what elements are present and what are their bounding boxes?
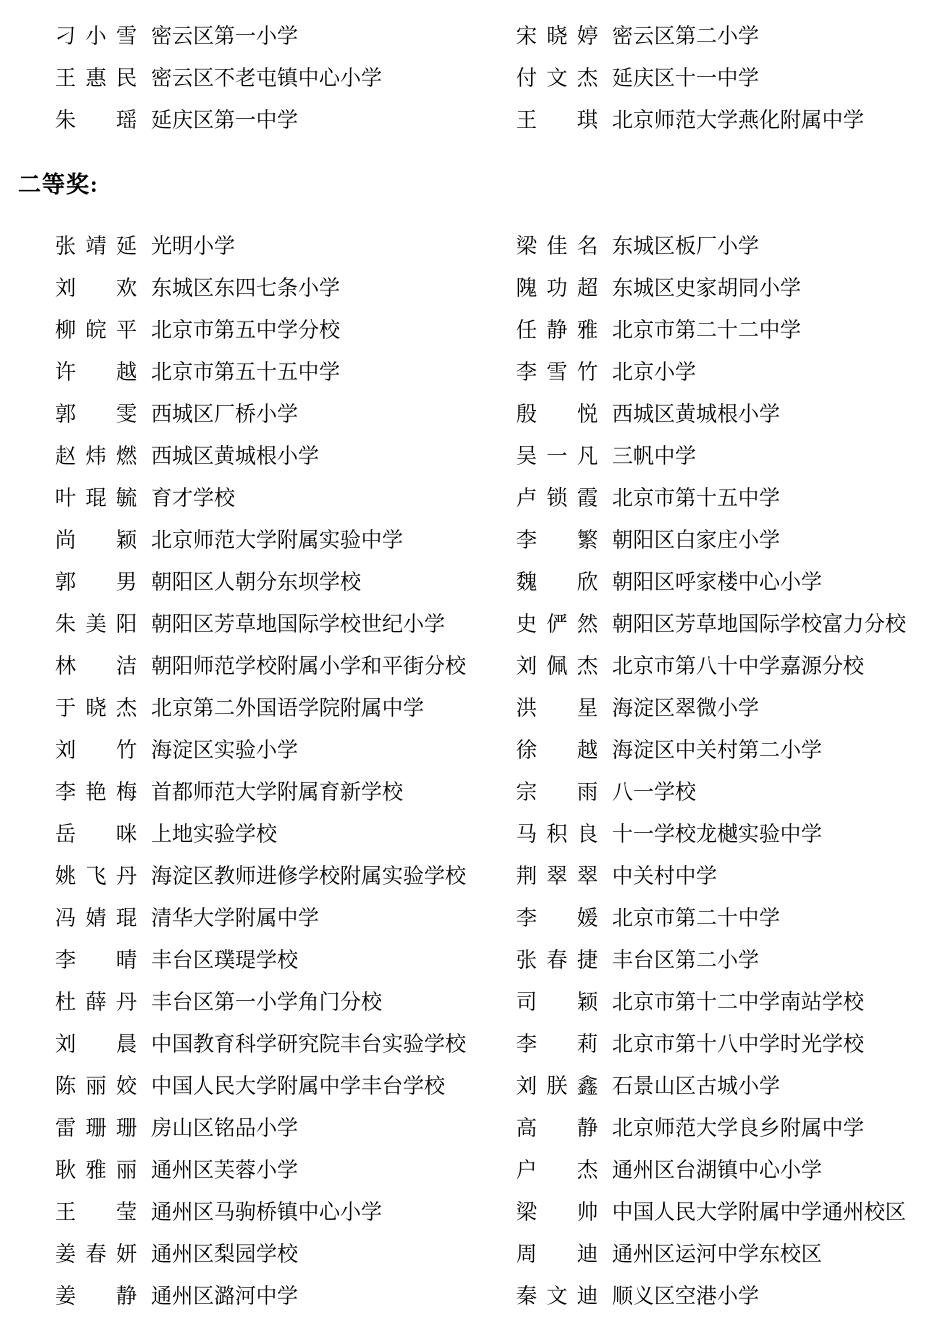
award-entry-right: 付文杰延庆区十一中学: [463, 62, 926, 92]
awardee-name: 梁帅: [516, 1196, 598, 1226]
school-name: 上地实验学校: [151, 818, 277, 848]
school-name: 通州区马驹桥镇中心小学: [151, 1196, 382, 1226]
school-name: 顺义区空港小学: [612, 1280, 759, 1310]
awardee-name: 朱瑶: [55, 104, 137, 134]
award-row: 刁小雪密云区第一小学宋晓婷密云区第二小学: [0, 14, 926, 56]
school-name: 北京市第二十中学: [612, 902, 780, 932]
awardee-name: 耿雅丽: [55, 1154, 137, 1184]
school-name: 东城区史家胡同小学: [612, 272, 801, 302]
award-entry-left: 李晴丰台区璞瑅学校: [0, 944, 463, 974]
awardee-name: 卢锁霞: [516, 482, 598, 512]
school-name: 密云区不老屯镇中心小学: [151, 62, 382, 92]
school-name: 中国人民大学附属中学丰台学校: [151, 1070, 445, 1100]
award-row: 赵炜燃西城区黄城根小学吴一凡三帆中学: [0, 434, 926, 476]
award-row: 叶琨毓育才学校卢锁霞北京市第十五中学: [0, 476, 926, 518]
award-row: 林洁朝阳师范学校附属小学和平街分校刘佩杰北京市第八十中学嘉源分校: [0, 644, 926, 686]
awardee-name: 李繁: [516, 524, 598, 554]
award-entry-right: 刘佩杰北京市第八十中学嘉源分校: [463, 650, 926, 680]
award-entry-left: 姜静通州区潞河中学: [0, 1280, 463, 1310]
award-row: 王惠民密云区不老屯镇中心小学付文杰延庆区十一中学: [0, 56, 926, 98]
award-entry-left: 杜薛丹丰台区第一小学角门分校: [0, 986, 463, 1016]
school-name: 北京市第十二中学南站学校: [612, 986, 864, 1016]
school-name: 东城区板厂小学: [612, 230, 759, 260]
school-name: 北京市第二十二中学: [612, 314, 801, 344]
award-row: 郭雯西城区厂桥小学殷悦西城区黄城根小学: [0, 392, 926, 434]
awardee-name: 宋晓婷: [516, 20, 598, 50]
school-name: 北京市第十八中学时光学校: [612, 1028, 864, 1058]
second-prize-heading: 二等奖:: [18, 164, 926, 206]
awardee-name: 姚飞丹: [55, 860, 137, 890]
awardee-name: 姜静: [55, 1280, 137, 1310]
award-entry-right: 李媛北京市第二十中学: [463, 902, 926, 932]
school-name: 通州区运河中学东校区: [612, 1238, 822, 1268]
school-name: 十一学校龙樾实验中学: [612, 818, 822, 848]
awardee-name: 李雪竹: [516, 356, 598, 386]
awardee-name: 李莉: [516, 1028, 598, 1058]
award-row: 姜静通州区潞河中学秦文迪顺义区空港小学: [0, 1274, 926, 1316]
awardee-name: 郭雯: [55, 398, 137, 428]
awardee-name: 赵炜燃: [55, 440, 137, 470]
school-name: 育才学校: [151, 482, 235, 512]
award-entry-left: 刘晨中国教育科学研究院丰台实验学校: [0, 1028, 463, 1058]
awardee-name: 林洁: [55, 650, 137, 680]
school-name: 东城区东四七条小学: [151, 272, 340, 302]
awardee-name: 魏欣: [516, 566, 598, 596]
award-entry-right: 魏欣朝阳区呼家楼中心小学: [463, 566, 926, 596]
award-entry-left: 王莹通州区马驹桥镇中心小学: [0, 1196, 463, 1226]
awardee-name: 周迪: [516, 1238, 598, 1268]
award-row: 张靖延光明小学梁佳名东城区板厂小学: [0, 224, 926, 266]
award-row: 雷珊珊房山区铭品小学高静北京师范大学良乡附属中学: [0, 1106, 926, 1148]
award-row: 姜春妍通州区梨园学校周迪通州区运河中学东校区: [0, 1232, 926, 1274]
awardee-name: 马积良: [516, 818, 598, 848]
awardee-name: 王莹: [55, 1196, 137, 1226]
award-entry-left: 许越北京市第五十五中学: [0, 356, 463, 386]
awardee-name: 付文杰: [516, 62, 598, 92]
awardee-name: 户杰: [516, 1154, 598, 1184]
school-name: 西城区厂桥小学: [151, 398, 298, 428]
awardee-name: 叶琨毓: [55, 482, 137, 512]
school-name: 通州区潞河中学: [151, 1280, 298, 1310]
awardee-name: 李媛: [516, 902, 598, 932]
school-name: 首都师范大学附属育新学校: [151, 776, 403, 806]
award-entry-left: 陈丽姣中国人民大学附属中学丰台学校: [0, 1070, 463, 1100]
award-entry-left: 张靖延光明小学: [0, 230, 463, 260]
award-row: 许越北京市第五十五中学李雪竹北京小学: [0, 350, 926, 392]
award-entry-right: 刘朕鑫石景山区古城小学: [463, 1070, 926, 1100]
school-name: 丰台区璞瑅学校: [151, 944, 298, 974]
award-row: 李艳梅首都师范大学附属育新学校宗雨八一学校: [0, 770, 926, 812]
school-name: 北京师范大学良乡附属中学: [612, 1112, 864, 1142]
school-name: 房山区铭品小学: [151, 1112, 298, 1142]
award-entry-right: 李繁朝阳区白家庄小学: [463, 524, 926, 554]
school-name: 通州区梨园学校: [151, 1238, 298, 1268]
awardee-name: 冯婧琨: [55, 902, 137, 932]
award-entry-left: 姜春妍通州区梨园学校: [0, 1238, 463, 1268]
awardee-name: 刁小雪: [55, 20, 137, 50]
awardee-name: 高静: [516, 1112, 598, 1142]
award-row: 刘竹海淀区实验小学徐越海淀区中关村第二小学: [0, 728, 926, 770]
school-name: 丰台区第一小学角门分校: [151, 986, 382, 1016]
award-entry-right: 户杰通州区台湖镇中心小学: [463, 1154, 926, 1184]
school-name: 通州区芙蓉小学: [151, 1154, 298, 1184]
awardee-name: 李艳梅: [55, 776, 137, 806]
awardee-name: 刘欢: [55, 272, 137, 302]
award-row: 岳咪上地实验学校马积良十一学校龙樾实验中学: [0, 812, 926, 854]
awardee-name: 王琪: [516, 104, 598, 134]
awardee-name: 史俨然: [516, 608, 598, 638]
school-name: 北京市第五十五中学: [151, 356, 340, 386]
award-entry-left: 姚飞丹海淀区教师进修学校附属实验学校: [0, 860, 463, 890]
school-name: 密云区第一小学: [151, 20, 298, 50]
award-entry-left: 叶琨毓育才学校: [0, 482, 463, 512]
award-entry-left: 耿雅丽通州区芙蓉小学: [0, 1154, 463, 1184]
award-row: 于晓杰北京第二外国语学院附属中学洪星海淀区翠微小学: [0, 686, 926, 728]
awardee-name: 郭男: [55, 566, 137, 596]
award-entry-right: 徐越海淀区中关村第二小学: [463, 734, 926, 764]
school-name: 北京师范大学燕化附属中学: [612, 104, 864, 134]
school-name: 清华大学附属中学: [151, 902, 319, 932]
awardee-name: 陈丽姣: [55, 1070, 137, 1100]
award-entry-right: 殷悦西城区黄城根小学: [463, 398, 926, 428]
school-name: 光明小学: [151, 230, 235, 260]
award-row: 朱美阳朝阳区芳草地国际学校世纪小学史俨然朝阳区芳草地国际学校富力分校: [0, 602, 926, 644]
school-name: 北京市第五中学分校: [151, 314, 340, 344]
awardee-name: 雷珊珊: [55, 1112, 137, 1142]
second-prize-rows: 张靖延光明小学梁佳名东城区板厂小学刘欢东城区东四七条小学隗功超东城区史家胡同小学…: [0, 224, 926, 1316]
award-row: 刘欢东城区东四七条小学隗功超东城区史家胡同小学: [0, 266, 926, 308]
school-name: 通州区台湖镇中心小学: [612, 1154, 822, 1184]
awardee-name: 任静雅: [516, 314, 598, 344]
award-entry-right: 梁帅中国人民大学附属中学通州校区: [463, 1196, 926, 1226]
award-row: 杜薛丹丰台区第一小学角门分校司颖北京市第十二中学南站学校: [0, 980, 926, 1022]
award-entry-right: 洪星海淀区翠微小学: [463, 692, 926, 722]
awardee-name: 王惠民: [55, 62, 137, 92]
awardee-name: 杜薛丹: [55, 986, 137, 1016]
award-list-page: 刁小雪密云区第一小学宋晓婷密云区第二小学王惠民密云区不老屯镇中心小学付文杰延庆区…: [0, 0, 926, 1319]
school-name: 延庆区第一中学: [151, 104, 298, 134]
awardee-name: 于晓杰: [55, 692, 137, 722]
school-name: 朝阳区芳草地国际学校富力分校: [612, 608, 906, 638]
awardee-name: 刘朕鑫: [516, 1070, 598, 1100]
school-name: 朝阳区人朝分东坝学校: [151, 566, 361, 596]
award-entry-left: 柳皖平北京市第五中学分校: [0, 314, 463, 344]
award-entry-left: 朱美阳朝阳区芳草地国际学校世纪小学: [0, 608, 463, 638]
award-entry-right: 任静雅北京市第二十二中学: [463, 314, 926, 344]
award-row: 耿雅丽通州区芙蓉小学户杰通州区台湖镇中心小学: [0, 1148, 926, 1190]
awardee-name: 隗功超: [516, 272, 598, 302]
award-entry-left: 赵炜燃西城区黄城根小学: [0, 440, 463, 470]
award-entry-left: 雷珊珊房山区铭品小学: [0, 1112, 463, 1142]
award-entry-right: 马积良十一学校龙樾实验中学: [463, 818, 926, 848]
award-entry-right: 周迪通州区运河中学东校区: [463, 1238, 926, 1268]
award-row: 朱瑶延庆区第一中学王琪北京师范大学燕化附属中学: [0, 98, 926, 140]
award-entry-right: 李莉北京市第十八中学时光学校: [463, 1028, 926, 1058]
awardee-name: 梁佳名: [516, 230, 598, 260]
awardee-name: 洪星: [516, 692, 598, 722]
school-name: 海淀区中关村第二小学: [612, 734, 822, 764]
award-entry-right: 宋晓婷密云区第二小学: [463, 20, 926, 50]
award-row: 姚飞丹海淀区教师进修学校附属实验学校荆翠翠中关村中学: [0, 854, 926, 896]
school-name: 密云区第二小学: [612, 20, 759, 50]
award-entry-left: 朱瑶延庆区第一中学: [0, 104, 463, 134]
awardee-name: 李晴: [55, 944, 137, 974]
awardee-name: 尚颖: [55, 524, 137, 554]
awardee-name: 姜春妍: [55, 1238, 137, 1268]
first-prize-tail-rows: 刁小雪密云区第一小学宋晓婷密云区第二小学王惠民密云区不老屯镇中心小学付文杰延庆区…: [0, 14, 926, 140]
awardee-name: 殷悦: [516, 398, 598, 428]
school-name: 朝阳师范学校附属小学和平街分校: [151, 650, 466, 680]
awardee-name: 刘竹: [55, 734, 137, 764]
awardee-name: 朱美阳: [55, 608, 137, 638]
awardee-name: 司颖: [516, 986, 598, 1016]
awardee-name: 刘佩杰: [516, 650, 598, 680]
school-name: 海淀区翠微小学: [612, 692, 759, 722]
award-row: 尚颖北京师范大学附属实验中学李繁朝阳区白家庄小学: [0, 518, 926, 560]
school-name: 中关村中学: [612, 860, 717, 890]
award-entry-right: 张春捷丰台区第二小学: [463, 944, 926, 974]
award-entry-right: 宗雨八一学校: [463, 776, 926, 806]
school-name: 三帆中学: [612, 440, 696, 470]
awardee-name: 张靖延: [55, 230, 137, 260]
awardee-name: 吴一凡: [516, 440, 598, 470]
award-entry-left: 尚颖北京师范大学附属实验中学: [0, 524, 463, 554]
school-name: 西城区黄城根小学: [151, 440, 319, 470]
award-entry-left: 冯婧琨清华大学附属中学: [0, 902, 463, 932]
awardee-name: 荆翠翠: [516, 860, 598, 890]
award-entry-left: 郭雯西城区厂桥小学: [0, 398, 463, 428]
award-entry-right: 王琪北京师范大学燕化附属中学: [463, 104, 926, 134]
award-entry-left: 刘欢东城区东四七条小学: [0, 272, 463, 302]
awardee-name: 岳咪: [55, 818, 137, 848]
awardee-name: 宗雨: [516, 776, 598, 806]
school-name: 北京小学: [612, 356, 696, 386]
school-name: 朝阳区白家庄小学: [612, 524, 780, 554]
school-name: 石景山区古城小学: [612, 1070, 780, 1100]
awardee-name: 秦文迪: [516, 1280, 598, 1310]
school-name: 朝阳区呼家楼中心小学: [612, 566, 822, 596]
school-name: 北京市第八十中学嘉源分校: [612, 650, 864, 680]
award-entry-right: 荆翠翠中关村中学: [463, 860, 926, 890]
awardee-name: 许越: [55, 356, 137, 386]
award-entry-right: 司颖北京市第十二中学南站学校: [463, 986, 926, 1016]
award-row: 郭男朝阳区人朝分东坝学校魏欣朝阳区呼家楼中心小学: [0, 560, 926, 602]
award-entry-right: 梁佳名东城区板厂小学: [463, 230, 926, 260]
school-name: 中国人民大学附属中学通州校区: [612, 1196, 906, 1226]
award-row: 陈丽姣中国人民大学附属中学丰台学校刘朕鑫石景山区古城小学: [0, 1064, 926, 1106]
awardee-name: 张春捷: [516, 944, 598, 974]
awardee-name: 徐越: [516, 734, 598, 764]
school-name: 西城区黄城根小学: [612, 398, 780, 428]
award-row: 冯婧琨清华大学附属中学李媛北京市第二十中学: [0, 896, 926, 938]
award-entry-left: 王惠民密云区不老屯镇中心小学: [0, 62, 463, 92]
award-entry-right: 卢锁霞北京市第十五中学: [463, 482, 926, 512]
award-entry-left: 刘竹海淀区实验小学: [0, 734, 463, 764]
school-name: 中国教育科学研究院丰台实验学校: [151, 1028, 466, 1058]
award-entry-right: 吴一凡三帆中学: [463, 440, 926, 470]
school-name: 海淀区实验小学: [151, 734, 298, 764]
award-entry-left: 李艳梅首都师范大学附属育新学校: [0, 776, 463, 806]
award-entry-left: 岳咪上地实验学校: [0, 818, 463, 848]
award-entry-right: 秦文迪顺义区空港小学: [463, 1280, 926, 1310]
school-name: 北京第二外国语学院附属中学: [151, 692, 424, 722]
school-name: 丰台区第二小学: [612, 944, 759, 974]
school-name: 延庆区十一中学: [612, 62, 759, 92]
award-entry-right: 隗功超东城区史家胡同小学: [463, 272, 926, 302]
award-row: 刘晨中国教育科学研究院丰台实验学校李莉北京市第十八中学时光学校: [0, 1022, 926, 1064]
award-row: 柳皖平北京市第五中学分校任静雅北京市第二十二中学: [0, 308, 926, 350]
award-entry-right: 李雪竹北京小学: [463, 356, 926, 386]
school-name: 北京市第十五中学: [612, 482, 780, 512]
school-name: 北京师范大学附属实验中学: [151, 524, 403, 554]
awardee-name: 柳皖平: [55, 314, 137, 344]
awardee-name: 刘晨: [55, 1028, 137, 1058]
award-row: 王莹通州区马驹桥镇中心小学梁帅中国人民大学附属中学通州校区: [0, 1190, 926, 1232]
award-entry-right: 史俨然朝阳区芳草地国际学校富力分校: [463, 608, 926, 638]
school-name: 朝阳区芳草地国际学校世纪小学: [151, 608, 445, 638]
school-name: 八一学校: [612, 776, 696, 806]
award-entry-left: 郭男朝阳区人朝分东坝学校: [0, 566, 463, 596]
award-row: 李晴丰台区璞瑅学校张春捷丰台区第二小学: [0, 938, 926, 980]
award-entry-left: 林洁朝阳师范学校附属小学和平街分校: [0, 650, 463, 680]
award-entry-left: 于晓杰北京第二外国语学院附属中学: [0, 692, 463, 722]
award-entry-left: 刁小雪密云区第一小学: [0, 20, 463, 50]
award-entry-right: 高静北京师范大学良乡附属中学: [463, 1112, 926, 1142]
school-name: 海淀区教师进修学校附属实验学校: [151, 860, 466, 890]
